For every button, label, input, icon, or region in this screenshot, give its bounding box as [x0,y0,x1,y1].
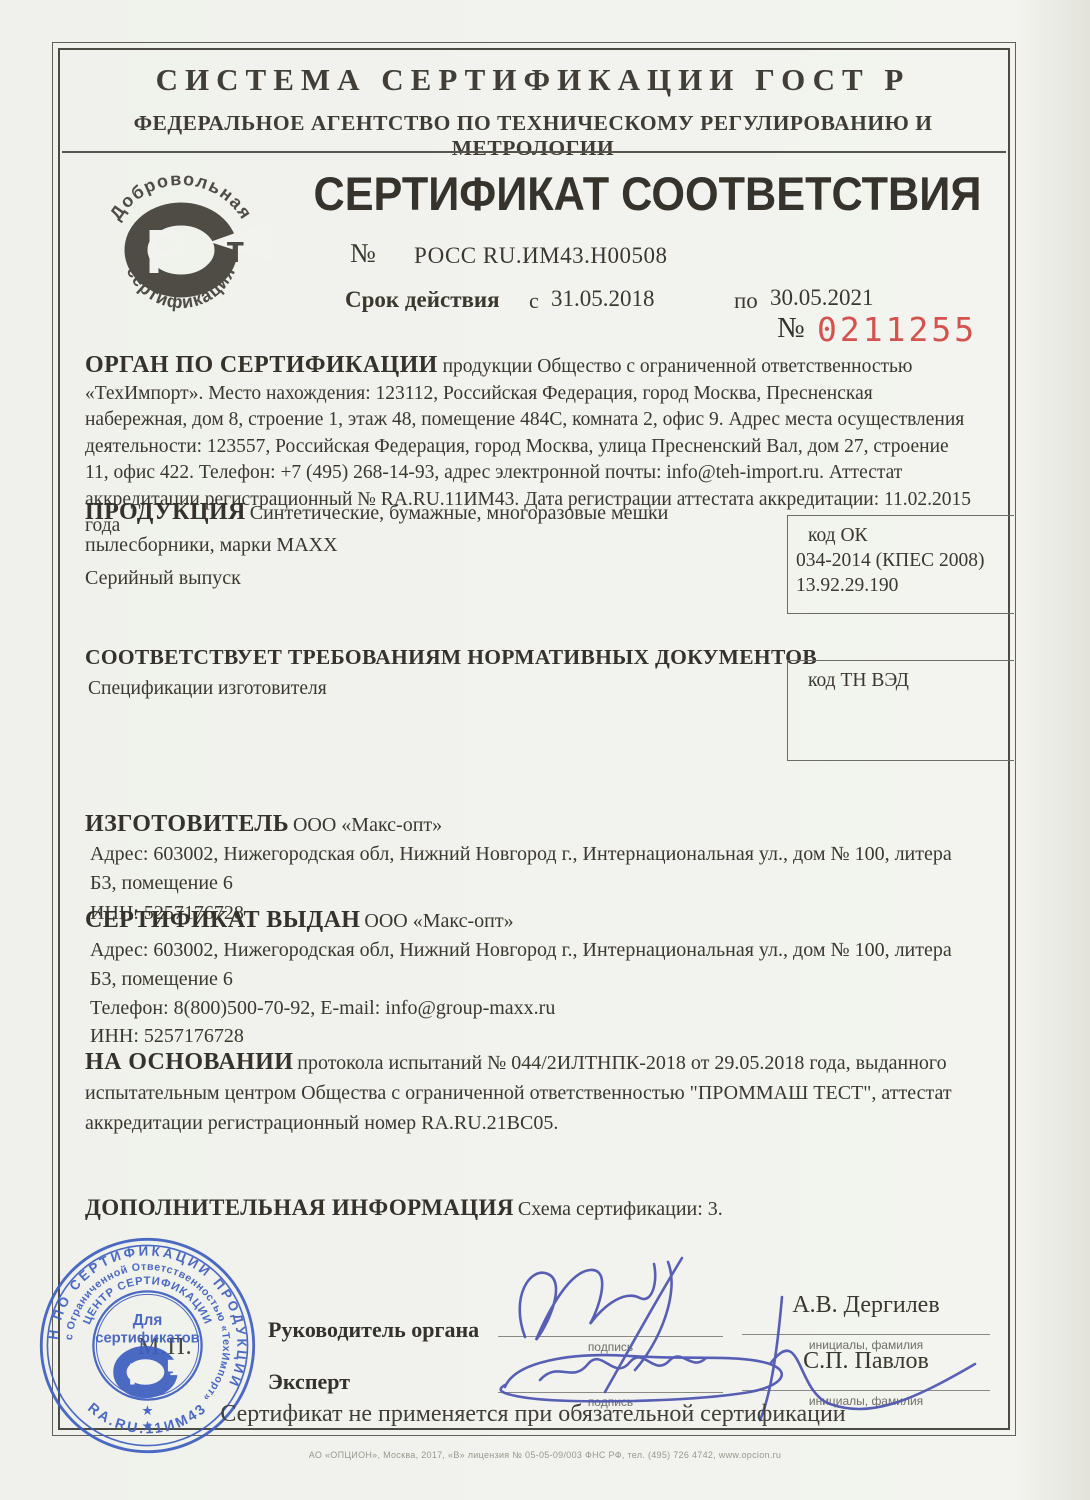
document-title: СЕРТИФИКАТ СООТВЕТСТВИЯ [313,166,968,221]
issued-to-name: ООО «Макс-опт» [364,910,513,932]
validity-label: Срок действия [345,287,500,313]
printing-house-line: АО «ОПЦИОН», Москва, 2017, «В» лицензия … [0,1450,1090,1460]
additional-info-heading: ДОПОЛНИТЕЛЬНАЯ ИНФОРМАЦИЯ [85,1195,514,1220]
certification-body-heading: ОРГАН ПО СЕРТИФИКАЦИИ [85,352,438,378]
manufacturer-section: ИЗГОТОВИТЕЛЬ ООО «Макс-опт» [85,810,442,841]
cert-number-label: № [350,238,376,269]
validity-from-prefix: с [529,288,539,314]
issued-to-address: Адрес: 603002, Нижегородская обл, Нижний… [90,936,976,994]
head-signature-stroke [520,1264,656,1340]
blank-number-value: 0211255 [817,310,977,349]
basis-heading: НА ОСНОВАНИИ [85,1049,293,1075]
product-issue-type: Серийный выпуск [85,567,241,590]
certification-body-stamp: ОРГАН ПО СЕРТИФИКАЦИИ ПРОДУКЦИИ Общество… [28,1226,268,1466]
validity-to-date: 30.05.2021 [770,285,874,311]
blank-number-label: № [777,312,805,345]
product-heading: ПРОДУКЦИЯ [85,499,246,525]
stamp-mini-rst-p: Р [128,1357,148,1391]
rst-voluntary-certification-logo: Добровольная сертификация Р т [88,158,278,320]
stamp-mini-rst-t: т [165,1365,174,1385]
header-divider [62,151,1006,153]
federal-agency-title: ФЕДЕРАЛЬНОЕ АГЕНТСТВО ПО ТЕХНИЧЕСКОМУ РЕ… [52,111,1014,161]
conforms-heading: СООТВЕТСТВУЕТ ТРЕБОВАНИЯМ НОРМАТИВНЫХ ДО… [85,645,817,670]
certificate-page: СИСТЕМА СЕРТИФИКАЦИИ ГОСТ Р ФЕДЕРАЛЬНОЕ … [0,0,1090,1500]
stamp-center-line1: Для [133,1312,163,1329]
issued-to-inn: ИНН: 5257176728 [90,1022,244,1051]
expert-role: Эксперт [268,1369,350,1395]
product-section: ПРОДУКЦИЯ Синтетические, бумажные, много… [85,497,747,562]
manufacturer-name: ООО «Макс-опт» [293,814,442,836]
issued-to-heading: СЕРТИФИКАТ ВЫДАН [85,907,360,933]
issued-to-section: СЕРТИФИКАТ ВЫДАН ООО «Макс-опт» [85,906,514,937]
additional-info-text: Схема сертификации: 3. [518,1198,723,1220]
ok-code-line1: 034-2014 (КПЕС 2008) [796,548,1008,573]
cert-number-value: РОСС RU.ИМ43.Н00508 [414,243,668,269]
ok-code-label: код ОК [796,523,1008,548]
stamp-center-line2: сертификатов [95,1330,200,1346]
conforms-text: Спецификации изготовителя [88,678,327,700]
basis-section: НА ОСНОВАНИИ протокола испытаний № 044/2… [85,1048,969,1139]
tnved-code-box: код ТН ВЭД [787,660,1014,761]
logo-letter-t: т [226,229,245,271]
manufacturer-heading: ИЗГОТОВИТЕЛЬ [85,811,289,837]
validity-to-prefix: по [734,288,758,314]
tnved-code-label: код ТН ВЭД [796,668,1008,693]
manufacturer-address: Адрес: 603002, Нижегородская обл, Нижний… [90,840,962,898]
head-signature-stroke-3 [635,1262,672,1370]
issued-to-contacts: Телефон: 8(800)500-70-92, E-mail: info@g… [90,994,555,1023]
additional-info-section: ДОПОЛНИТЕЛЬНАЯ ИНФОРМАЦИЯ Схема сертифик… [85,1194,965,1225]
ok-code-box: код ОК 034-2014 (КПЕС 2008) 13.92.29.190 [787,515,1014,614]
mandatory-certification-note: Сертификат не применяется при обязательн… [52,1401,1014,1428]
logo-letter-p: Р [145,218,186,287]
ok-code-line2: 13.92.29.190 [796,573,1008,598]
validity-from-date: 31.05.2018 [551,286,655,312]
certification-system-title: СИСТЕМА СЕРТИФИКАЦИИ ГОСТ Р [52,62,1014,98]
